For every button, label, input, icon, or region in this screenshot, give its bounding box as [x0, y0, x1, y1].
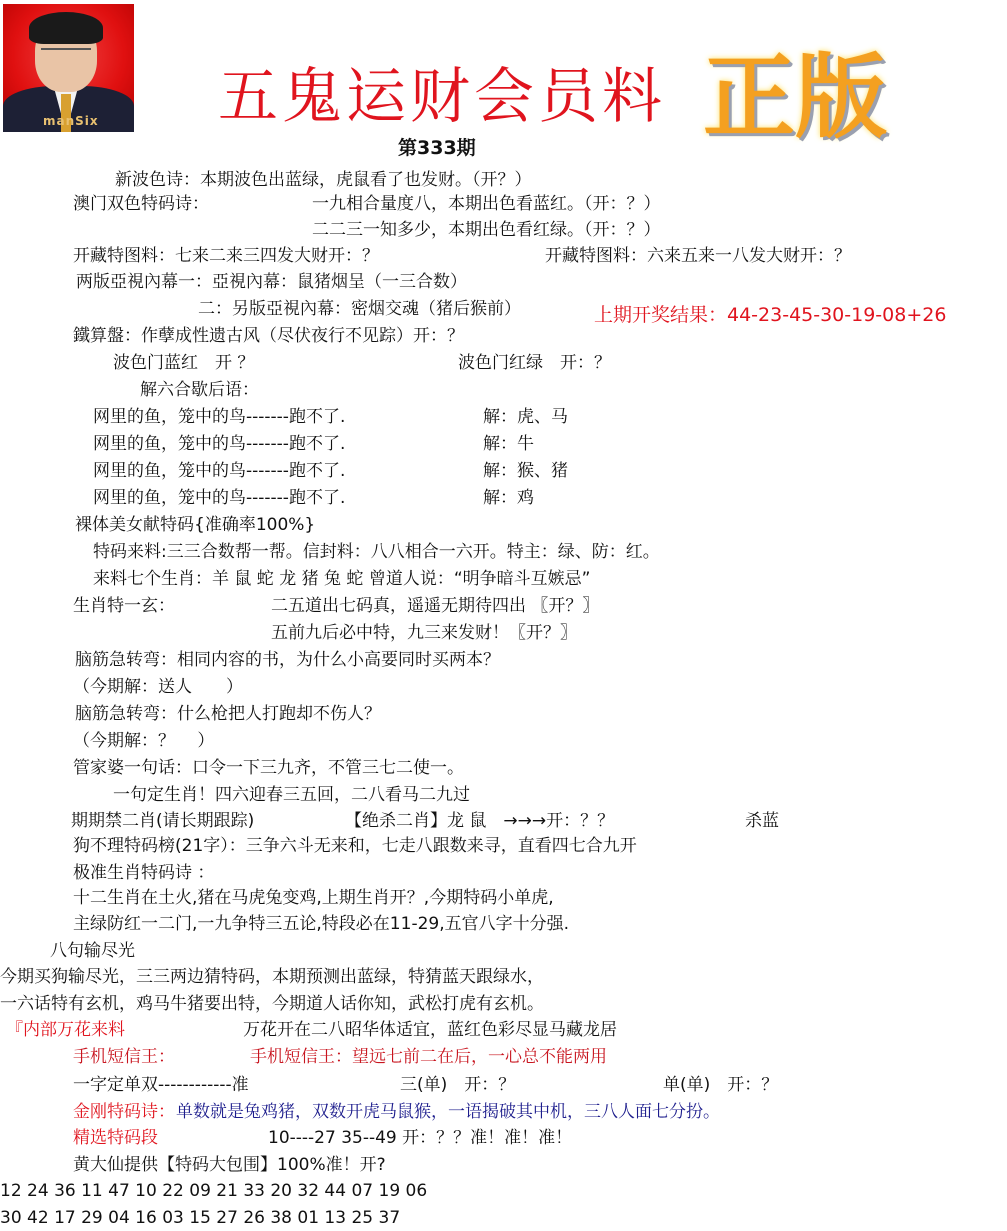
macau-poem-line1: 一九相合量度八，本期出色看蓝红。（开：？） — [312, 193, 661, 215]
brain-teaser-2: 脑筋急转弯：什么枪把人打跑却不伤人？ — [75, 703, 381, 725]
portrait-glasses — [41, 48, 91, 58]
hidden-chart-2: 开藏特图料：六来五来一八发大财开：？ — [545, 245, 851, 267]
sms-king-label: 手机短信王： — [73, 1046, 175, 1068]
portrait-photo: manSix — [3, 4, 134, 132]
special-code-source: 特码来料:三三合数帮一帮。信封料：八八相合一六开。特主：绿、防：红。 — [93, 541, 660, 563]
banned-zodiacs-label: 期期禁二肖(请长期跟踪) — [71, 810, 254, 832]
atv-insider-2: 二：另版亞視內幕：密烟交魂（猪后猴前） — [198, 298, 521, 320]
riddle-answer: 解：鸡 — [483, 487, 534, 509]
riddle-answer: 解：猴、猪 — [483, 460, 568, 482]
brain-teaser-1-answer: （今期解：送人 ） — [73, 676, 243, 698]
eight-lines-2: 一六话特有玄机，鸡马牛猪要出特，今期道人话你知，武松打虎有玄机。 — [0, 993, 544, 1015]
zodiac-mystery-label: 生肖特一玄： — [73, 595, 175, 617]
sms-king-text: 手机短信王：望远七前二在后，一心总不能两用 — [250, 1046, 607, 1068]
portrait-hair — [29, 12, 103, 44]
riddle-answer: 解：虎、马 — [483, 406, 568, 428]
odd-even-label: 一字定单双------------准 — [73, 1074, 249, 1096]
hidden-chart-1: 开藏特图料：七来二来三四发大财开：？ — [73, 245, 379, 267]
seven-zodiacs: 来料七个生肖：羊 鼠 蛇 龙 猪 兔 蛇 曾道人说：“明争暗斗互嫉忌” — [93, 568, 590, 590]
wave-door-blue-red: 波色门蓝红 开 ？ — [113, 352, 254, 374]
diamond-poem-text: 单数就是兔鸡猪，双数开虎马鼠猴，一语揭破其中机，三八人面七分扮。 — [176, 1101, 720, 1123]
riddle-question: 网里的鱼，笼中的鸟-------跑不了. — [93, 487, 345, 509]
photo-brand-text: manSix — [43, 114, 99, 128]
zodiac-mystery-line2: 五前九后必中特，九三来发财！〖开？〗 — [271, 622, 577, 644]
huang-daxian-heading: 黄大仙提供【特码大包围】100%准！开? — [73, 1154, 386, 1176]
page-title: 五鬼运财会员料 — [218, 62, 666, 132]
riddle-question: 网里的鱼，笼中的鸟-------跑不了. — [93, 406, 345, 428]
riddle-answer: 解：牛 — [483, 433, 534, 455]
one-line-zodiac: 一句定生肖！四六迎春三五回，二八看马二九过 — [113, 784, 470, 806]
accuracy-heading: 裸体美女献特码{准确率100%} — [75, 514, 315, 536]
eight-lines-heading: 八句输尽光 — [50, 940, 135, 962]
riddle-question: 网里的鱼，笼中的鸟-------跑不了. — [93, 460, 345, 482]
selected-range-label: 精选特码段 — [73, 1127, 158, 1149]
goubuli-chart: 狗不理特码榜(21字）：三争六斗无来和，七走八跟数来寻，直看四七合九开 — [73, 835, 637, 857]
macau-poem-line2: 二二三一知多少，本期出色看红绿。（开：？） — [312, 219, 661, 241]
odd-even-pick-1: 三(单) 开：？ — [400, 1074, 515, 1096]
macau-poem-label: 澳门双色特码诗： — [73, 193, 209, 215]
kill-two-zodiacs: 【绝杀二肖】龙 鼠 →→→开：？？ — [345, 810, 614, 832]
number-list-row-2: 30 42 17 29 04 16 03 15 27 26 38 01 13 2… — [0, 1207, 400, 1229]
eight-lines-1: 今期买狗输尽光，三三两边猜特码，本期预测出蓝绿，特猜蓝天跟绿水， — [0, 966, 544, 988]
odd-even-pick-2: 单(单) 开：？ — [663, 1074, 778, 1096]
zodiac-poem-heading: 极准生肖特码诗 ： — [73, 862, 214, 884]
last-draw-result: 上期开奖结果：44-23-45-30-19-08+26 — [594, 304, 946, 326]
iron-abacus: 鐵算盤：作孽成性遗古风（尽伏夜行不见踪）开：？ — [73, 325, 464, 347]
brain-teaser-1: 脑筋急转弯：相同内容的书，为什么小高要同时买两本？ — [75, 649, 500, 671]
atv-insider-1: 两版亞視內幕一：亞視內幕：鼠猪烟呈（一三合数） — [76, 271, 467, 293]
number-list-row-1: 12 24 36 11 47 10 22 09 21 33 20 32 44 0… — [0, 1180, 427, 1202]
internal-wanhua-label: 『内部万花来料 — [6, 1019, 125, 1041]
brain-teaser-2-answer: （今期解：？ ） — [73, 730, 214, 752]
wave-color-poem: 新波色诗：本期波色出蓝绿，虎鼠看了也发财。（开？） — [115, 169, 532, 191]
selected-range-values: 10----27 35--49 开：？？准！准！准！ — [268, 1127, 572, 1149]
housekeeper-phrase: 管家婆一句话：口令一下三九齐，不管三七二使一。 — [73, 757, 464, 779]
diamond-poem-label: 金刚特码诗： — [73, 1101, 175, 1123]
zodiac-poem-line2: 主绿防红一二门,一九争特三五论,特段必在11-29,五官八字十分强. — [73, 913, 569, 935]
authentic-badge: 正版 — [703, 42, 887, 152]
kill-blue: 杀蓝 — [745, 810, 779, 832]
wanhua-text: 万花开在二八昭华体适宜，蓝红色彩尽显马藏龙居 — [243, 1019, 617, 1041]
zodiac-poem-line1: 十二生肖在土火,猪在马虎兔变鸡,上期生肖开？,今期特码小单虎, — [73, 887, 554, 909]
riddle-question: 网里的鱼，笼中的鸟-------跑不了. — [93, 433, 345, 455]
issue-number: 第333期 — [398, 133, 476, 160]
wave-door-red-green: 波色门红绿 开：？ — [458, 352, 611, 374]
zodiac-mystery-line1: 二五道出七码真，遥遥无期待四出 〖开？〗 — [271, 595, 599, 617]
riddle-heading: 解六合歇后语： — [140, 379, 259, 401]
